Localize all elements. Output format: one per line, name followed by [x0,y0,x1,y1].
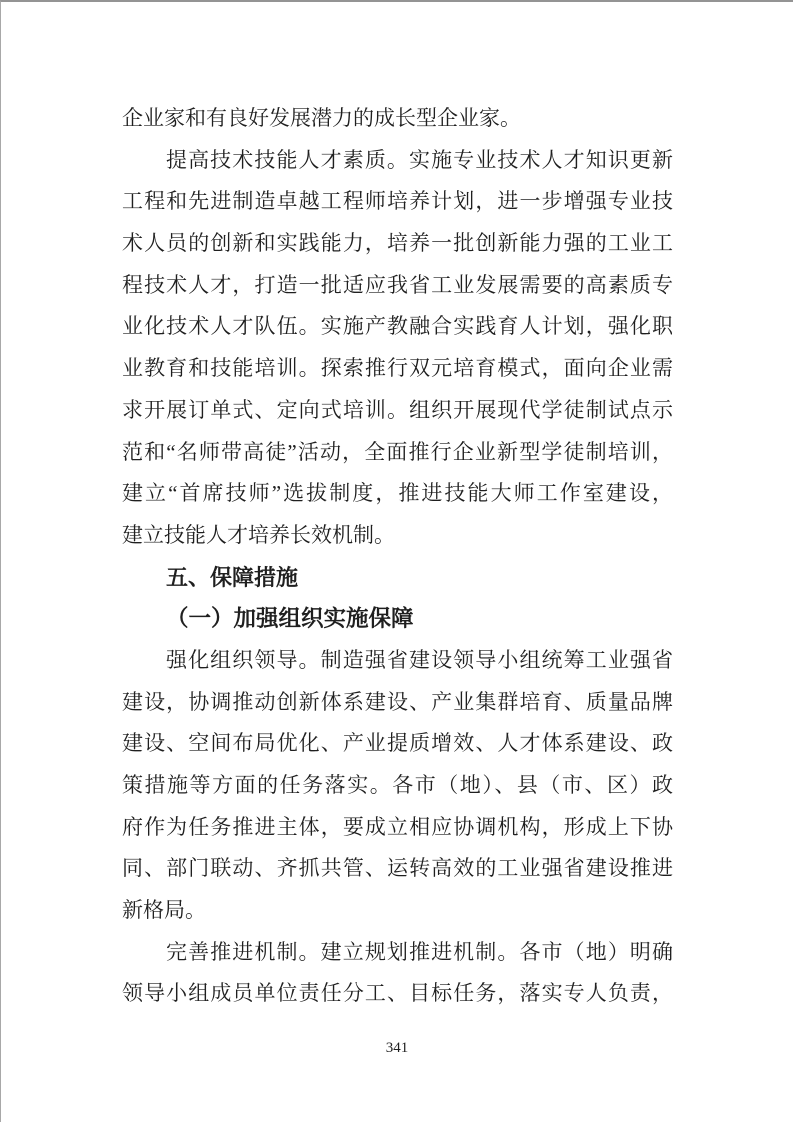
text-line: 建设、空间布局优化、产业提质增效、人才体系建设、政 [122,723,673,765]
text-line: 范和“名师带高徒”活动，全面推行企业新型学徒制培训， [122,432,673,474]
text-line: 工程和先进制造卓越工程师培养计划，进一步增强专业技 [122,181,673,223]
text-line: 建立“首席技师”选拔制度，推进技能大师工作室建设， [122,473,673,515]
text-line: 府作为任务推进主体，要成立相应协调机构，形成上下协 [122,807,673,849]
document-page: 企业家和有良好发展潜力的成长型企业家。提高技术技能人才素质。实施专业技术人才知识… [0,0,793,1122]
text-line: 领导小组成员单位责任分工、目标任务，落实专人负责， [122,973,673,1015]
text-line: 建设，协调推动创新体系建设、产业集群培育、质量品牌 [122,682,673,724]
text-line: 程技术人才，打造一批适应我省工业发展需要的高素质专 [122,265,673,307]
section-heading: 五、保障措施 [122,557,673,599]
text-line: 提高技术技能人才素质。实施专业技术人才知识更新 [122,140,673,182]
page-body: 企业家和有良好发展潜力的成长型企业家。提高技术技能人才素质。实施专业技术人才知识… [122,98,673,1015]
subsection-heading: （一）加强组织实施保障 [122,598,673,640]
text-line: 完善推进机制。建立规划推进机制。各市（地）明确 [122,932,673,974]
text-line: 求开展订单式、定向式培训。组织开展现代学徒制试点示 [122,390,673,432]
text-line: 企业家和有良好发展潜力的成长型企业家。 [122,98,673,140]
text-line: 同、部门联动、齐抓共管、运转高效的工业强省建设推进 [122,848,673,890]
text-line: 新格局。 [122,890,673,932]
text-line: 建立技能人才培养长效机制。 [122,515,673,557]
page-number: 341 [1,1040,793,1056]
text-line: 术人员的创新和实践能力，培养一批创新能力强的工业工 [122,223,673,265]
text-line: 策措施等方面的任务落实。各市（地）、县（市、区）政 [122,765,673,807]
text-line: 业教育和技能培训。探索推行双元培育模式，面向企业需 [122,348,673,390]
text-line: 业化技术人才队伍。实施产教融合实践育人计划，强化职 [122,306,673,348]
text-line: 强化组织领导。制造强省建设领导小组统筹工业强省 [122,640,673,682]
